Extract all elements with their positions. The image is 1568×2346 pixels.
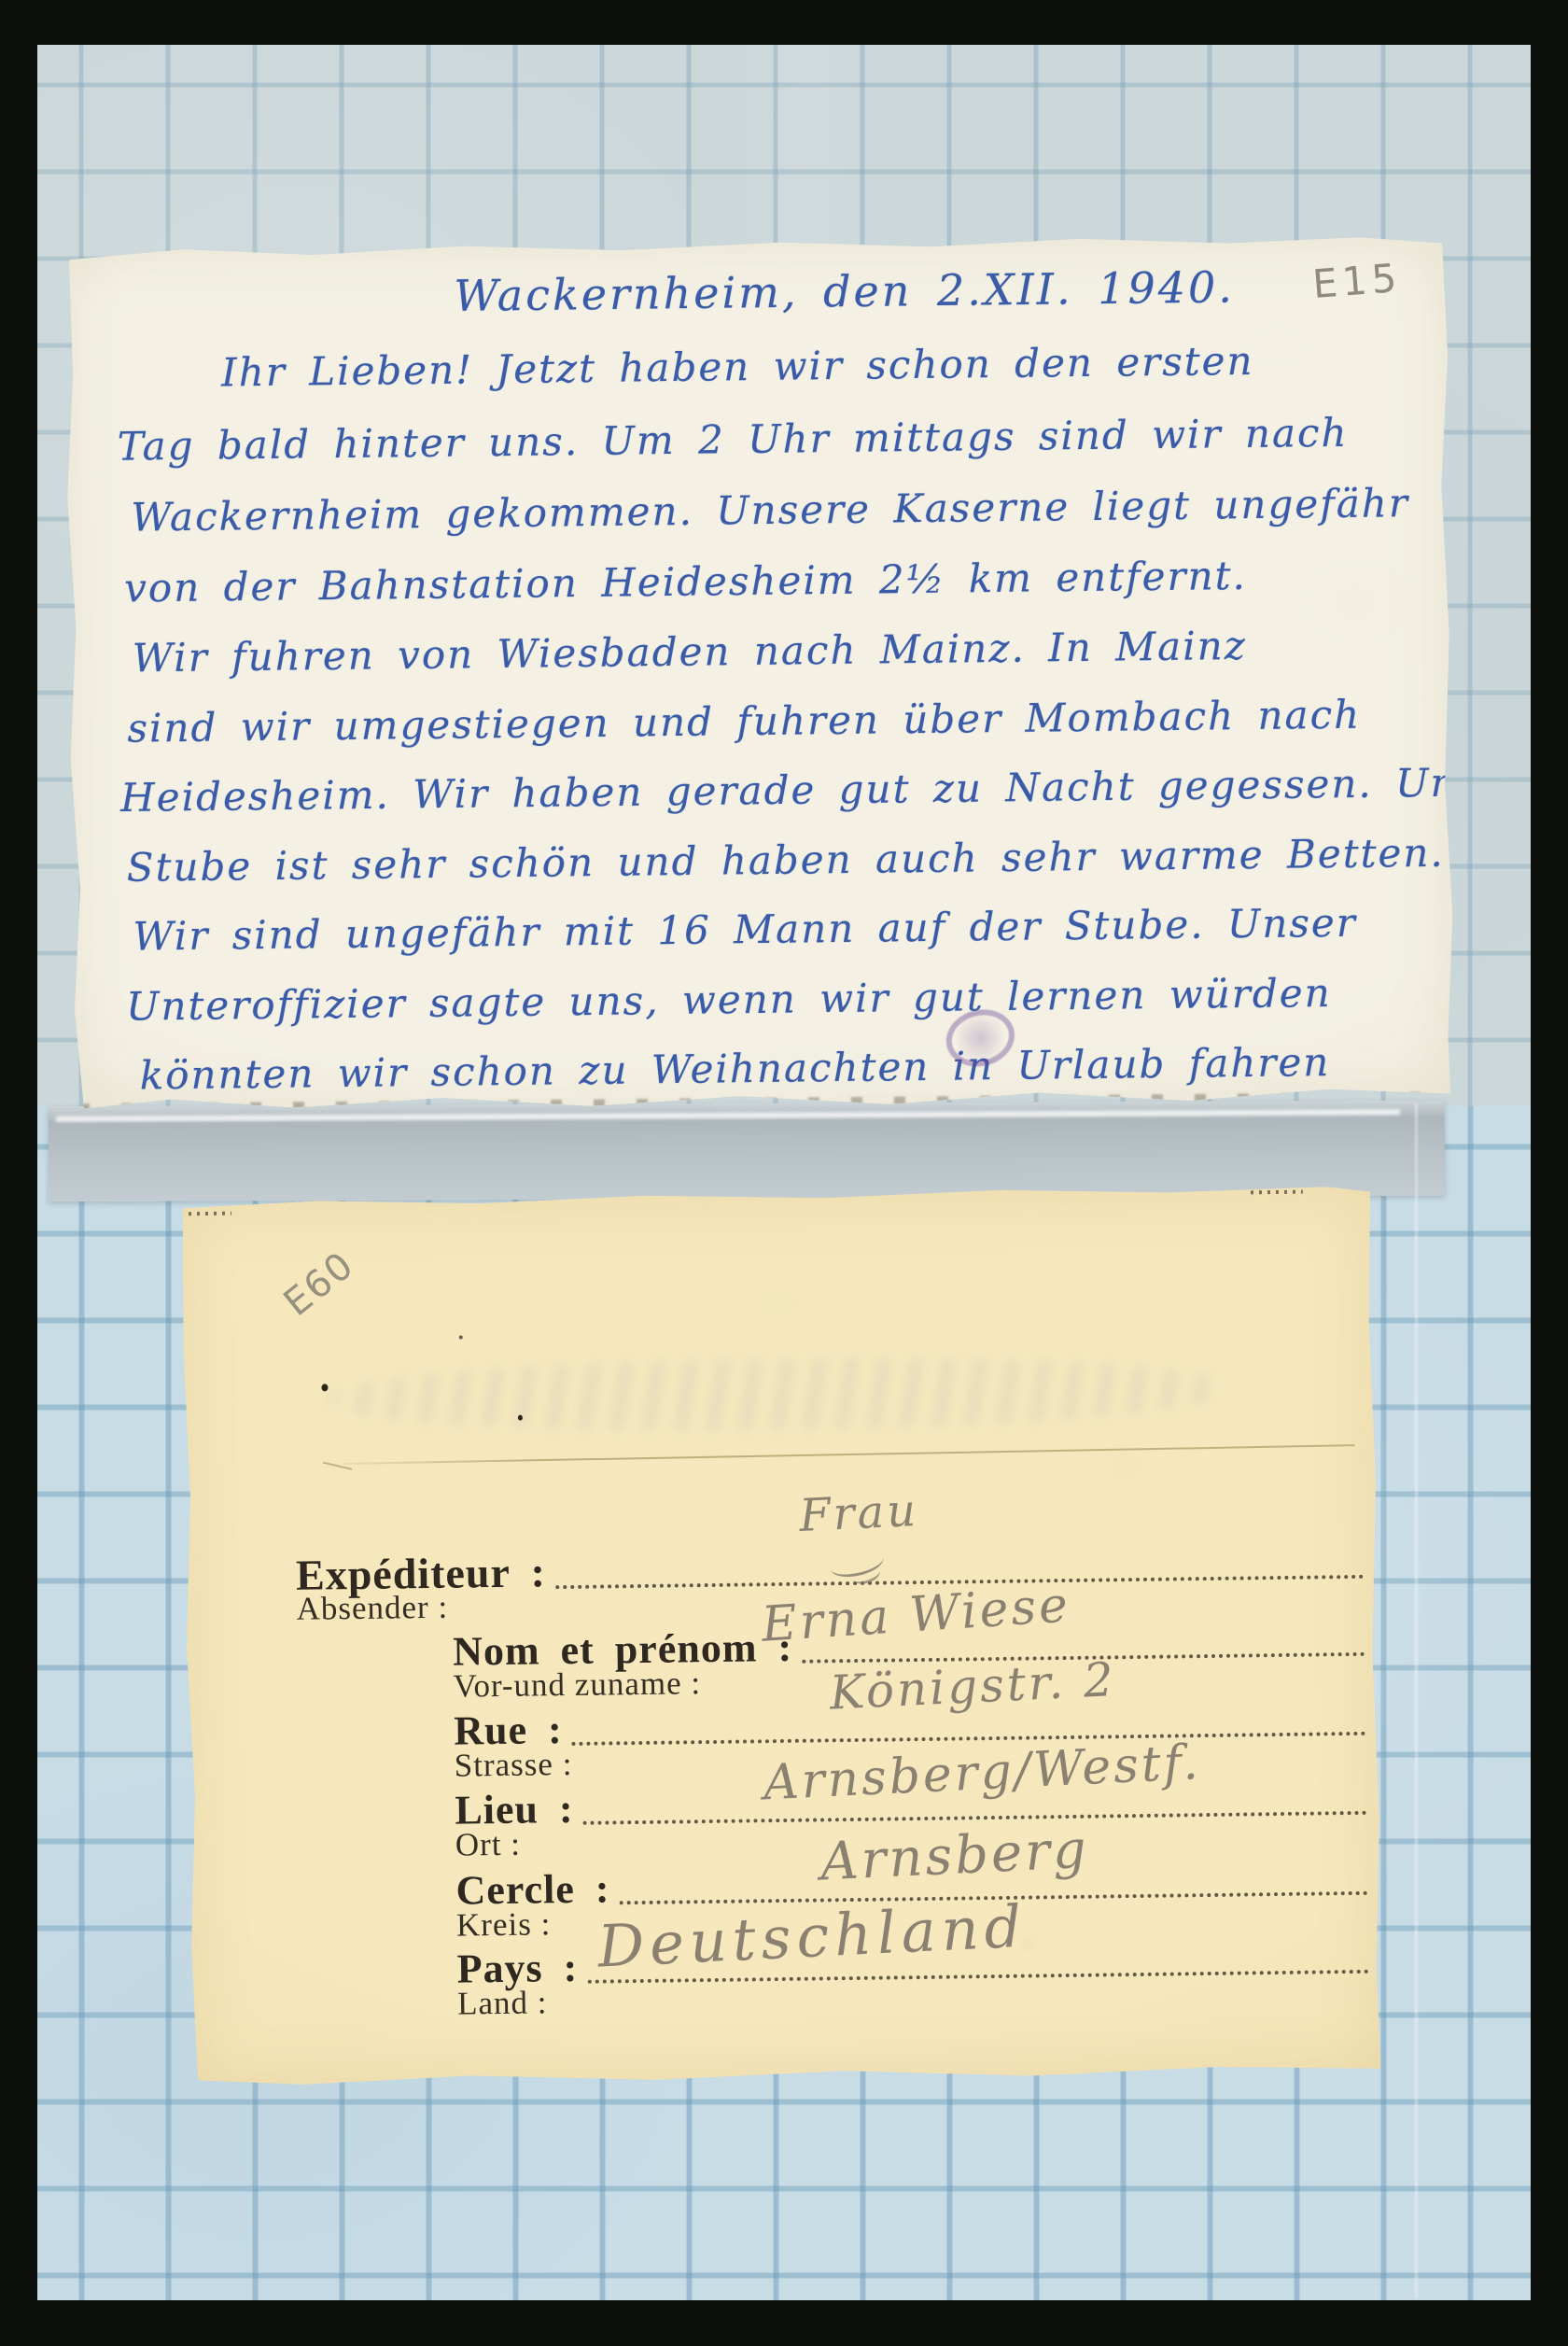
letter-line: Wackernheim gekommen. Unsere Kaserne lie…: [131, 480, 1409, 541]
archive-code-e15: E15: [1311, 255, 1404, 307]
letter-line: von der Bahnstation Heidesheim 2½ km ent…: [124, 553, 1247, 611]
field-label-de: Ort :: [455, 1826, 522, 1864]
letter-line: Ihr Lieben! Jetzt haben wir schon den er…: [221, 338, 1254, 396]
archival-scan-photo: E15 Wackernheim, den 2.XII. 1940. Ihr Li…: [0, 0, 1568, 2346]
letter-line: Tag bald hinter uns. Um 2 Uhr mittags si…: [118, 410, 1349, 470]
letter-line: Unteroffizier sagte uns, wenn wir gut le…: [126, 970, 1332, 1030]
field-label-de: Strasse :: [455, 1746, 573, 1785]
crease-line: [343, 1444, 1355, 1465]
letter-line: Heidesheim. Wir haben gerade gut zu Nach…: [120, 759, 1550, 821]
ink-speck: [321, 1384, 328, 1391]
ink-offset-smudge: [330, 1354, 1227, 1436]
field-label-de: Kreis :: [456, 1905, 552, 1944]
letter-line: Stube ist sehr schön und haben auch sehr…: [126, 830, 1444, 891]
letter-line: sind wir umgestiegen und fuhren über Mom…: [127, 692, 1361, 752]
handwritten-letter-card: E15 Wackernheim, den 2.XII. 1940. Ihr Li…: [62, 233, 1455, 1118]
ink-speck: [518, 1415, 523, 1421]
address-form-card: E60 Expéditeur : Absender : Frau Nom et …: [179, 1184, 1385, 2091]
ink-speck: [459, 1335, 463, 1339]
letter-date-line: Wackernheim, den 2.XII. 1940.: [454, 261, 1235, 320]
sleeve-right-edge: [1415, 1103, 1418, 2298]
field-label-de: Land :: [457, 1984, 548, 2022]
perforation-dots: [189, 1212, 231, 1216]
letter-line: Wir fuhren von Wiesbaden nach Mainz. In …: [133, 623, 1248, 681]
perforation-dots: [1251, 1190, 1303, 1195]
letter-line: könnten wir schon zu Weihnachten in Urla…: [139, 1039, 1330, 1098]
field-label-de: Absender :: [296, 1589, 448, 1628]
archive-code-e60: E60: [276, 1243, 363, 1325]
dotted-leader: [572, 1722, 1366, 1746]
dotted-leader: [583, 1802, 1367, 1825]
pencil-entry-cercle: Arnsberg: [819, 1819, 1090, 1893]
pencil-entry-expediteur: Frau: [798, 1484, 919, 1542]
field-label-de: Vor-und zuname :: [453, 1665, 701, 1705]
letter-line: Wir sind ungefähr mit 16 Mann auf der St…: [133, 900, 1357, 960]
